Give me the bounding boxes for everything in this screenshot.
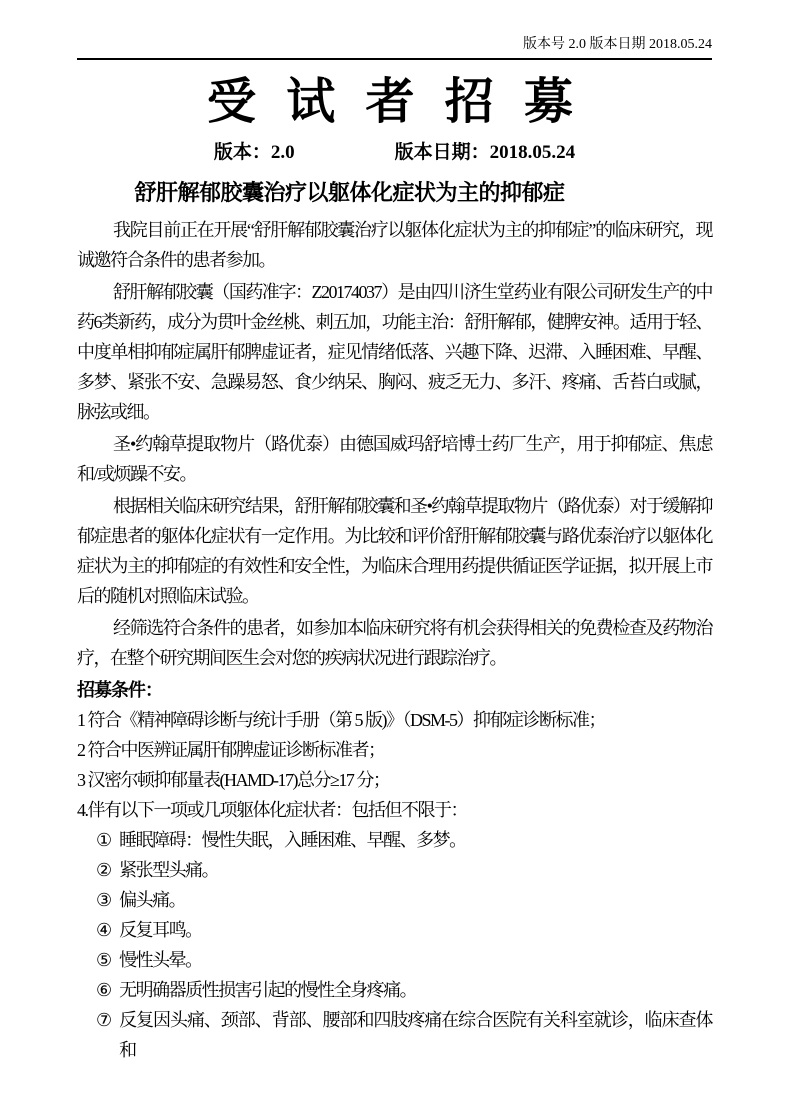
- study-rationale-paragraph: 根据相关临床研究结果，舒肝解郁胶囊和圣•约翰草提取物片（路优泰）对于缓解抑郁症患…: [77, 491, 712, 611]
- symptom-item-4: ④ 反复耳鸣。: [77, 915, 712, 945]
- header-version-text: 版本号 2.0 版本日期 2018.05.24: [523, 37, 712, 52]
- symptom-item-3: ③ 偏头痛。: [77, 885, 712, 915]
- version-label: 版本：2.0: [214, 141, 295, 165]
- condition-item-3: 3 汉密尔顿抑郁量表(HAMD-17)总分≥17 分；: [77, 765, 712, 795]
- document-page: 版本号 2.0 版本日期 2018.05.24 受 试 者 招 募 版本：2.0…: [0, 0, 788, 1116]
- drug-description-paragraph: 舒肝解郁胶囊（国药准字：Z20174037）是由四川济生堂药业有限公司研发生产的…: [77, 277, 712, 427]
- symptom-number: ④: [96, 915, 112, 945]
- symptom-item-5: ⑤ 慢性头晕。: [77, 945, 712, 975]
- benefits-paragraph: 经筛选符合条件的患者，如参加本临床研究将有机会获得相关的免费检查及药物治疗，在整…: [77, 613, 712, 673]
- symptom-item-2: ② 紧张型头痛。: [77, 855, 712, 885]
- symptom-text: 反复因头痛、颈部、背部、腰部和四肢疼痛在综合医院有关科室就诊，临床查体和: [119, 1005, 712, 1065]
- conditions-heading: 招募条件：: [77, 675, 712, 705]
- symptom-text: 睡眠障碍：慢性失眠，入睡困难、早醒、多梦。: [119, 825, 466, 855]
- symptom-item-1: ① 睡眠障碍：慢性失眠，入睡困难、早醒、多梦。: [77, 825, 712, 855]
- symptom-text: 偏头痛。: [119, 885, 185, 915]
- condition-item-2: 2 符合中医辨证属肝郁脾虚证诊断标准者；: [77, 735, 712, 765]
- version-date-label: 版本日期：2018.05.24: [395, 141, 576, 165]
- symptom-item-6: ⑥ 无明确器质性损害引起的慢性全身疼痛。: [77, 975, 712, 1005]
- symptom-number: ⑦: [96, 1005, 112, 1035]
- page-header: 版本号 2.0 版本日期 2018.05.24: [77, 0, 712, 60]
- symptom-number: ⑥: [96, 975, 112, 1005]
- symptom-number: ②: [96, 855, 112, 885]
- version-row: 版本：2.0 版本日期：2018.05.24: [77, 141, 712, 165]
- symptom-number: ⑤: [96, 945, 112, 975]
- page-title: 受 试 者 招 募: [77, 76, 712, 128]
- condition-item-1: 1 符合《精神障碍诊断与统计手册（第 5 版)》（DSM-5）抑郁症诊断标准；: [77, 705, 712, 735]
- symptom-text: 反复耳鸣。: [119, 915, 202, 945]
- condition-item-4: 4.伴有以下一项或几项躯体化症状者：包括但不限于：: [77, 795, 712, 825]
- symptom-number: ③: [96, 885, 112, 915]
- symptom-text: 无明确器质性损害引起的慢性全身疼痛。: [119, 975, 416, 1005]
- intro-paragraph: 我院目前正在开展“舒肝解郁胶囊治疗以躯体化症状为主的抑郁症”的临床研究，现诚邀符…: [77, 215, 712, 275]
- symptom-text: 紧张型头痛。: [119, 855, 218, 885]
- symptom-text: 慢性头晕。: [119, 945, 202, 975]
- comparator-description-paragraph: 圣•约翰草提取物片（路优泰）由德国威玛舒培博士药厂生产，用于抑郁症、焦虑和/或烦…: [77, 429, 712, 489]
- symptom-number: ①: [96, 825, 112, 855]
- study-title: 舒肝解郁胶囊治疗以躯体化症状为主的抑郁症: [77, 179, 622, 207]
- symptom-item-7: ⑦ 反复因头痛、颈部、背部、腰部和四肢疼痛在综合医院有关科室就诊，临床查体和: [77, 1005, 712, 1065]
